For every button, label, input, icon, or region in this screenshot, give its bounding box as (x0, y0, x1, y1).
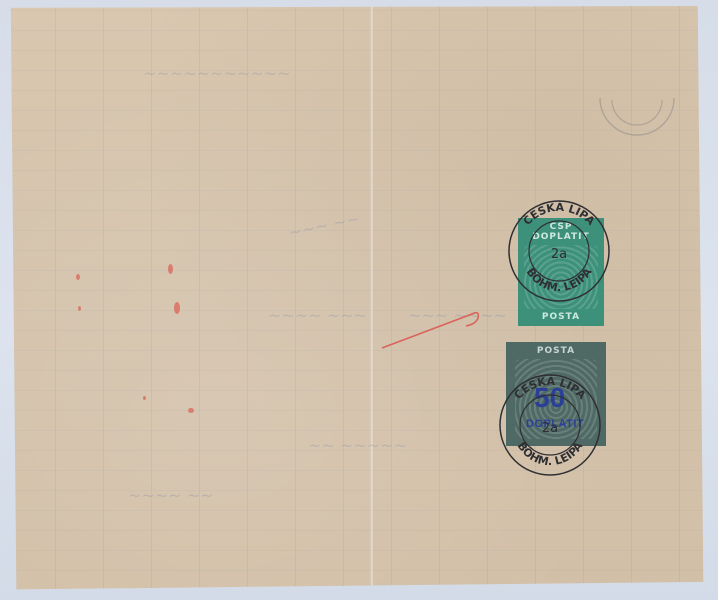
center-fold (370, 6, 374, 590)
red-arrow-mark (380, 300, 490, 360)
red-pencil-mark (188, 408, 194, 413)
postmark-upper: ČESKÁ LÍPA BÖHM. LEIPA 2a (504, 196, 614, 306)
faded-handwriting: ~~~~ ~~ (128, 486, 214, 505)
red-pencil-mark (168, 264, 173, 274)
faded-handwriting: ~~ ~~~~~ (308, 436, 407, 455)
postmark-upper-top: ČESKÁ LÍPA (521, 201, 598, 228)
svg-text:ČESKÁ LÍPA: ČESKÁ LÍPA (521, 201, 598, 228)
red-pencil-mark (76, 274, 80, 280)
postmark-upper-bottom: BÖHM. LEIPA (524, 265, 595, 294)
postmark-lower: ČESKÁ LÍPA BÖHM. LEIPA 2a (495, 370, 605, 480)
faded-handwriting: ~~~~ ~~~ (268, 306, 367, 325)
svg-text:ČESKÁ LÍPA: ČESKÁ LÍPA (512, 375, 589, 402)
svg-text:BÖHM. LEIPA: BÖHM. LEIPA (515, 439, 586, 468)
stamp-grey-top: POSTA (537, 346, 575, 356)
postmark-faded (592, 58, 682, 138)
stamp-green-bottom: POSTA (542, 312, 580, 322)
postmark-lower-top: ČESKÁ LÍPA (512, 375, 589, 402)
red-pencil-mark (78, 306, 81, 311)
postmark-lower-center: 2a (542, 421, 558, 436)
faded-header-text: ~~~~~~~~~~~ (143, 64, 290, 83)
red-pencil-mark (174, 302, 180, 314)
postmark-upper-center: 2a (551, 247, 567, 262)
postmark-lower-bottom: BÖHM. LEIPA (515, 439, 586, 468)
red-pencil-mark (143, 396, 146, 400)
svg-text:BÖHM. LEIPA: BÖHM. LEIPA (524, 265, 595, 294)
